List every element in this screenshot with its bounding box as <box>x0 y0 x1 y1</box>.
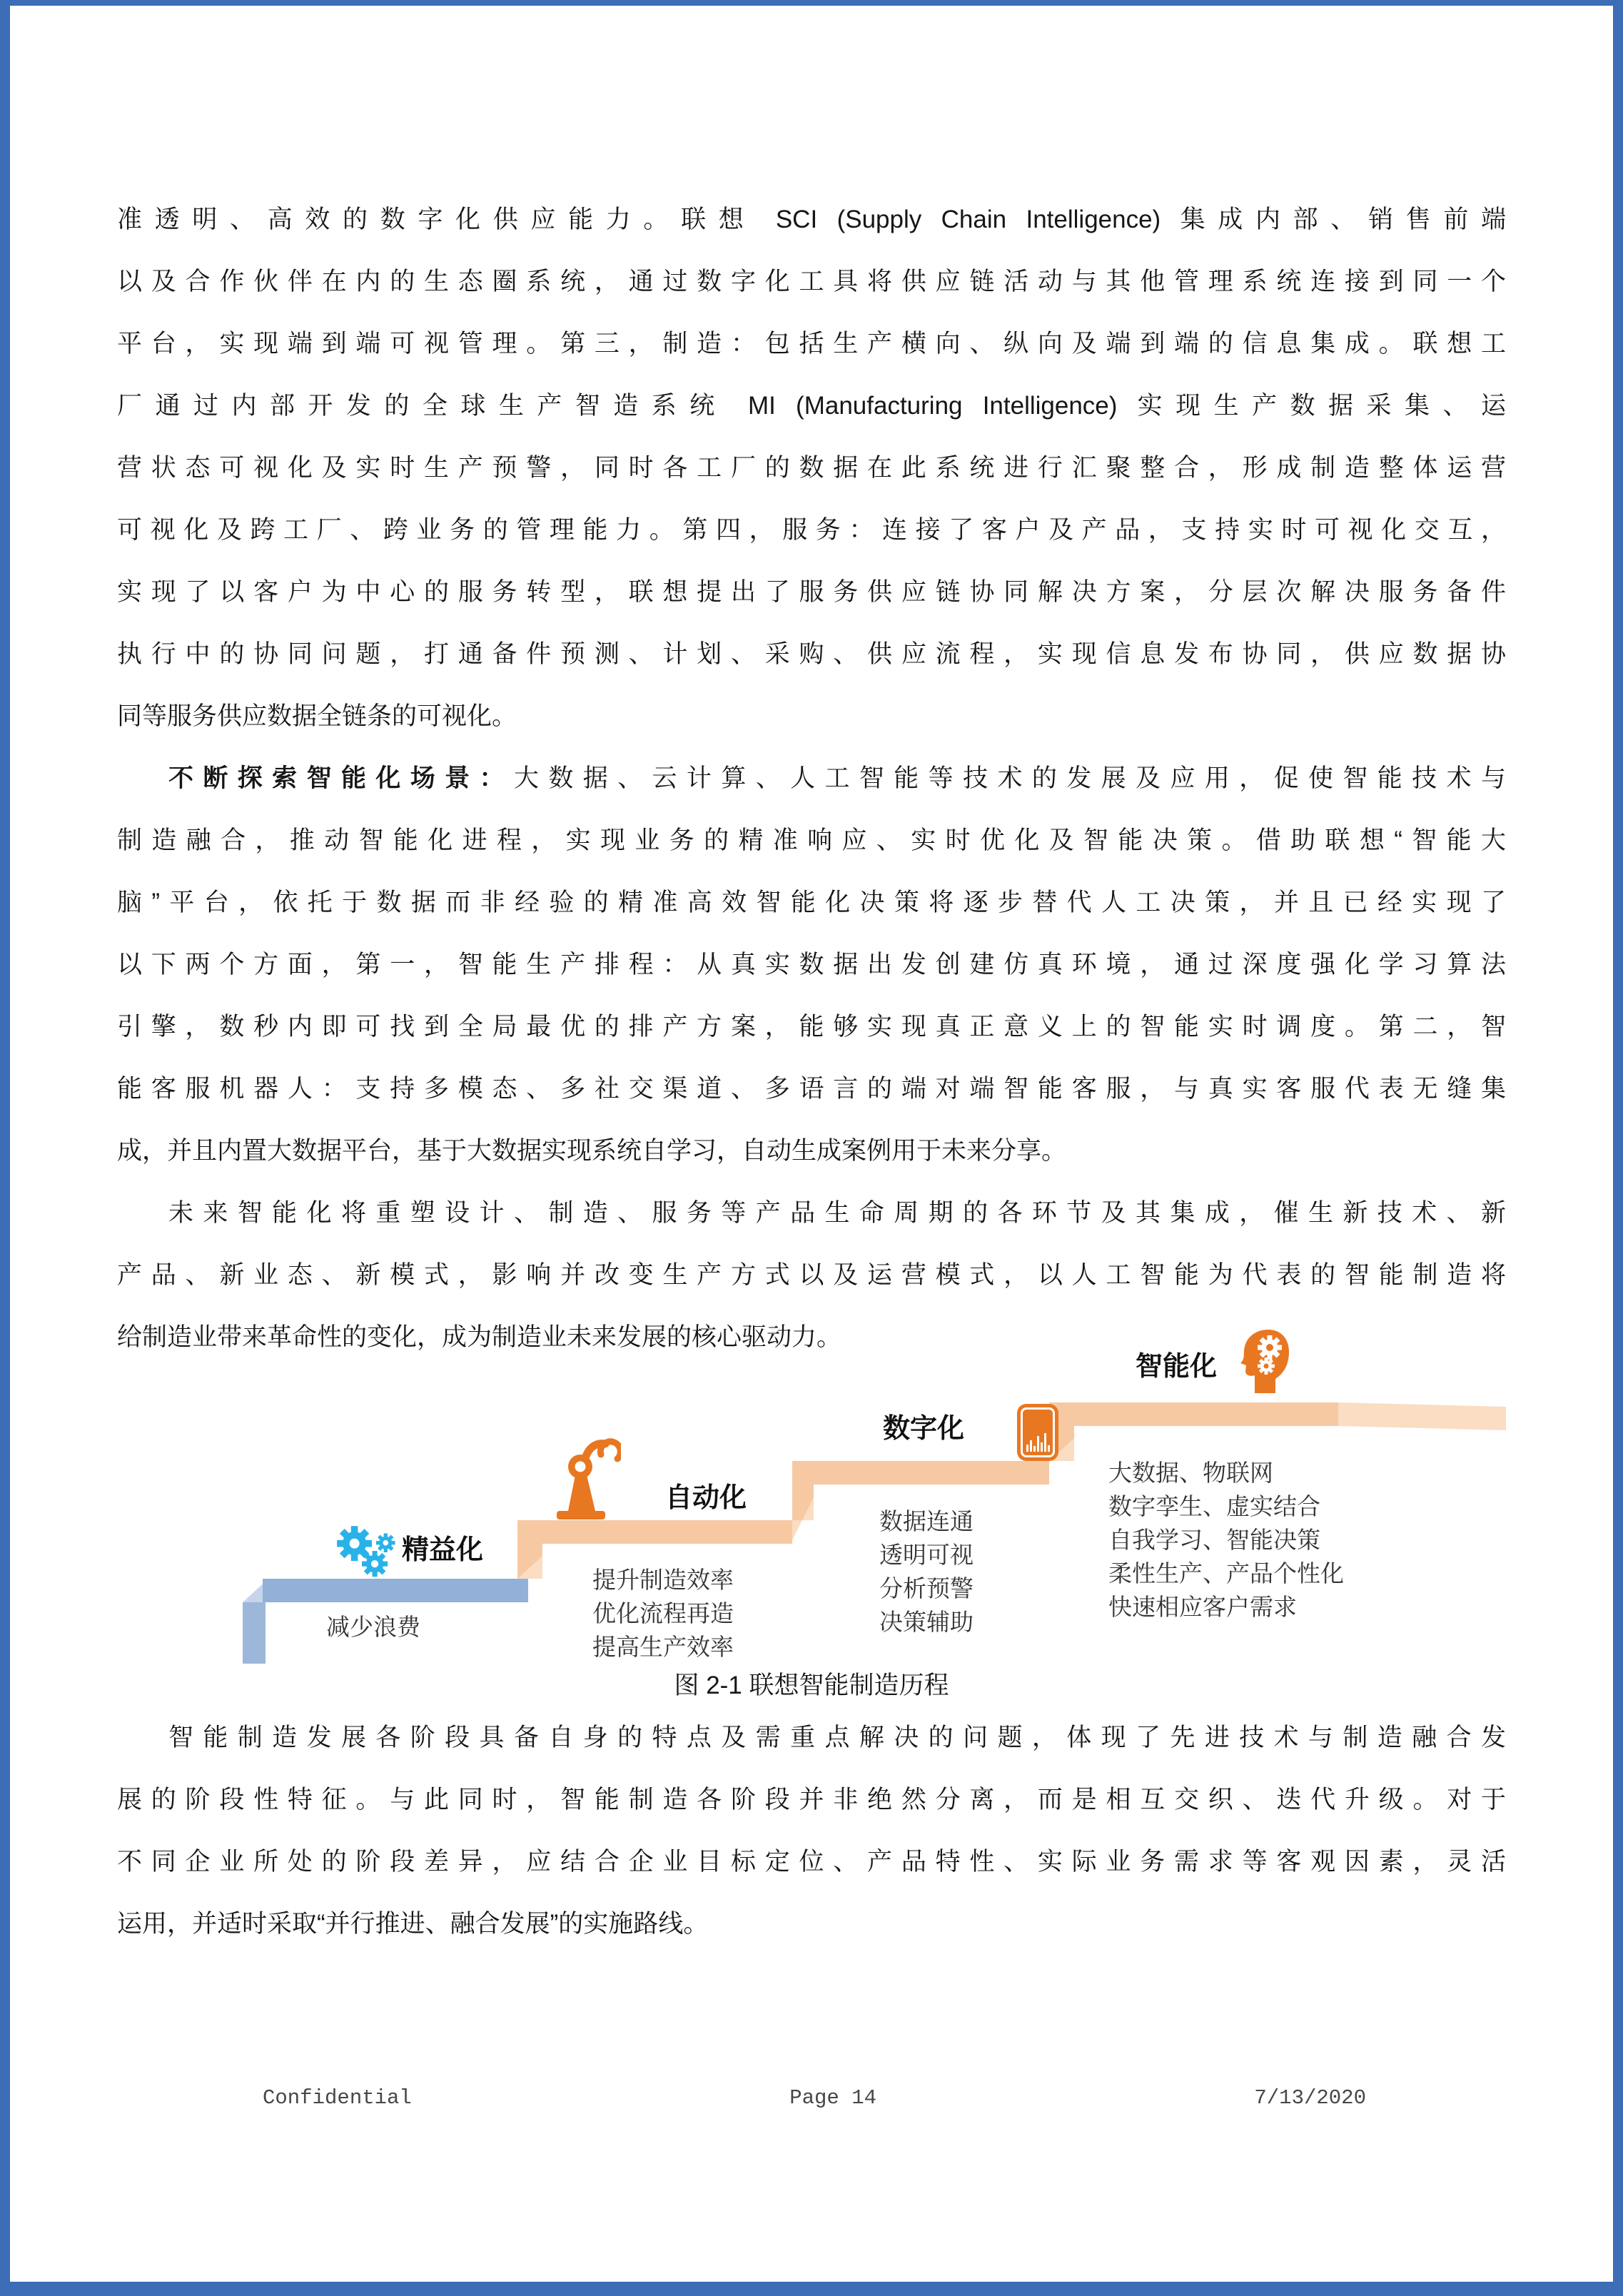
body-line: 引擎，数秒内即可找到全局最优的排产方案，能够实现真正意义上的智能实时调度。第二，… <box>117 996 1506 1058</box>
step-notes-intelligent: 大数据、物联网 数字孪生、虚实结合 自我学习、智能决策 柔性生产、产品个性化 快… <box>1108 1456 1344 1624</box>
body-line: 未来智能化将重塑设计、制造、服务等产品生命周期的各环节及其集成，催生新技术、新 <box>117 1182 1506 1244</box>
body-line: 产品、新业态、新模式，影响并改变生产方式以及运营模式，以人工智能为代表的智能制造… <box>117 1244 1506 1306</box>
body-line: 执行中的协同问题，打通备件预测、计划、采购、供应流程，实现信息发布协同，供应数据… <box>117 623 1506 685</box>
body-line: 不断探索智能化场景：大数据、云计算、人工智能等技术的发展及应用，促使智能技术与 <box>117 747 1506 809</box>
document-page: 准透明、高效的数字化供应能力。联想 SCI (Supply Chain Inte… <box>0 0 1623 2296</box>
body-line: 同等服务供应数据全链条的可视化。 <box>117 685 1506 747</box>
bar-chart-icon <box>1017 1404 1058 1461</box>
step-notes-lean: 减少浪费 <box>326 1610 420 1644</box>
page-border-bottom <box>0 2282 1623 2296</box>
body-line: 成，并且内置大数据平台，基于大数据实现系统自学习，自动生成案例用于未来分享。 <box>117 1120 1506 1182</box>
body-line: 能客服机器人：支持多模态、多社交渠道、多语言的端对端智能客服，与真实客服代表无缝… <box>117 1058 1506 1120</box>
step-label-lean: 精益化 <box>402 1534 483 1566</box>
body-line: 以及合作伙伴在内的生态圈系统，通过数字化工具将供应链活动与其他管理系统连接到同一… <box>117 251 1506 313</box>
body-line: 厂通过内部开发的全球生产智造系统 MI (Manufacturing Intel… <box>117 375 1506 437</box>
body-line: 脑”平台，依托于数据而非经验的精准高效智能化决策将逐步替代人工决策，并且已经实现… <box>117 871 1506 934</box>
note-line: 大数据、物联网 <box>1108 1456 1344 1490</box>
note-line: 快速相应客户需求 <box>1108 1590 1344 1624</box>
page-footer: Confidential Page 14 7/13/2020 <box>263 2085 1366 2111</box>
body-line: 以下两个方面，第一，智能生产排程：从真实数据出发创建仿真环境，通过深度强化学习算… <box>117 934 1506 996</box>
note-line: 减少浪费 <box>326 1610 420 1644</box>
bold-lead: 不断探索智能化场景： <box>168 764 514 792</box>
body-line: 运用，并适时采取“并行推进、融合发展”的实施路线。 <box>117 1893 1506 1955</box>
step-notes-automation: 提升制造效率 优化流程再造 提高生产效率 <box>592 1563 734 1664</box>
body-line: 智能制造发展各阶段具备自身的特点及需重点解决的问题，体现了先进技术与制造融合发 <box>117 1706 1506 1769</box>
note-line: 自我学习、智能决策 <box>1108 1523 1344 1557</box>
step-notes-digital: 数据连通 透明可视 分析预警 决策辅助 <box>879 1504 974 1639</box>
step-label-intelligent: 智能化 <box>1136 1351 1217 1382</box>
footer-date: 7/13/2020 <box>1254 2085 1366 2111</box>
note-line: 透明可视 <box>879 1538 974 1572</box>
body-line: 营状态可视化及实时生产预警，同时各工厂的数据在此系统进行汇聚整合，形成制造整体运… <box>117 437 1506 499</box>
note-line: 提高生产效率 <box>592 1630 734 1664</box>
step-label-automation: 自动化 <box>665 1482 747 1514</box>
note-line: 优化流程再造 <box>592 1597 734 1630</box>
note-line: 数据连通 <box>879 1504 974 1538</box>
robot-arm-icon <box>550 1435 621 1520</box>
page-content: 准透明、高效的数字化供应能力。联想 SCI (Supply Chain Inte… <box>117 0 1506 1955</box>
note-line: 柔性生产、产品个性化 <box>1108 1557 1344 1590</box>
head-gears-icon <box>1235 1327 1294 1393</box>
body-text: 大数据、云计算、人工智能等技术的发展及应用，促使智能技术与 <box>514 764 1506 792</box>
step-label-digital: 数字化 <box>883 1413 964 1445</box>
body-line: 可视化及跨工厂、跨业务的管理能力。第四，服务：连接了客户及产品，支持实时可视化交… <box>117 499 1506 561</box>
body-line: 准透明、高效的数字化供应能力。联想 SCI (Supply Chain Inte… <box>117 188 1506 251</box>
body-line: 实现了以客户为中心的服务转型，联想提出了服务供应链协同解决方案，分层次解决服务备… <box>117 561 1506 623</box>
body-line: 平台，实现端到端可视管理。第三，制造：包括生产横向、纵向及端到端的信息集成。联想… <box>117 313 1506 375</box>
body-line: 制造融合，推动智能化进程，实现业务的精准响应、实时优化及智能决策。借助联想“智能… <box>117 809 1506 871</box>
note-line: 分析预警 <box>879 1572 974 1605</box>
page-border-left <box>0 0 10 2296</box>
body-line: 不同企业所处的阶段差异，应结合企业目标定位、产品特性、实际业务需求等客观因素，灵… <box>117 1831 1506 1893</box>
gears-icon <box>335 1524 403 1580</box>
body-line: 展的阶段性特征。与此同时，智能制造各阶段并非绝然分离，而是相互交织、迭代升级。对… <box>117 1769 1506 1831</box>
bar-chart-bars <box>1021 1407 1055 1457</box>
footer-page-number: Page 14 <box>789 2085 876 2111</box>
note-line: 数字孪生、虚实结合 <box>1108 1490 1344 1523</box>
note-line: 决策辅助 <box>879 1605 974 1639</box>
page-border-right <box>1613 0 1623 2296</box>
footer-confidential: Confidential <box>263 2085 412 2111</box>
figure-staircase: 精益化 自动化 数字化 智能化 减少浪费 提升制造效率 优化流程再造 提高生产效… <box>117 1326 1506 1672</box>
note-line: 提升制造效率 <box>592 1563 734 1597</box>
